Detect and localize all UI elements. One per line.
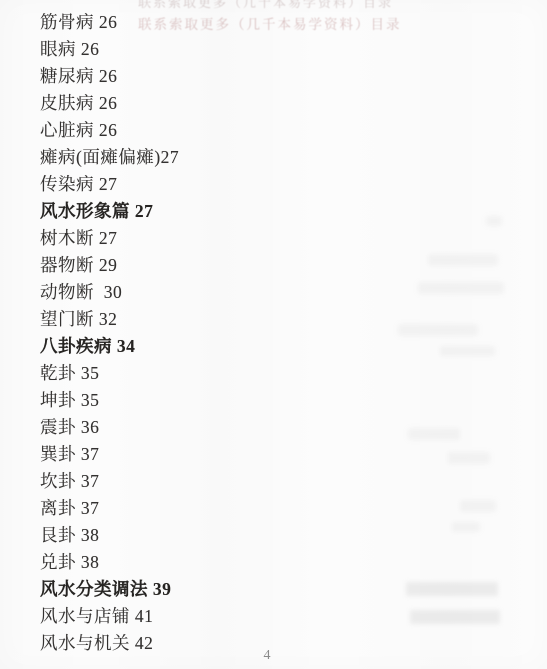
toc-item: 乾卦 35 [40,360,460,387]
page-number: 4 [0,648,534,664]
toc-item: 树木断 27 [40,225,460,252]
toc-item: 皮肤病 26 [40,90,460,117]
toc-item: 筋骨病 26 [40,9,460,36]
toc-item: 离卦 37 [40,495,460,522]
toc-item: 巽卦 37 [40,441,460,468]
toc-item: 风水与店铺 41 [40,603,460,630]
watermark-clipped-text: 联系索取更多（几千本易学资料）目录 [138,0,438,9]
toc-item: 望门断 32 [40,306,460,333]
toc-section-header: 八卦疾病 34 [40,333,460,360]
toc-item: 传染病 27 [40,171,460,198]
toc-item: 坤卦 35 [40,387,460,414]
toc-item: 糖尿病 26 [40,63,460,90]
toc-item: 瘫病(面瘫偏瘫)27 [40,144,460,171]
toc-list: 筋骨病 26眼病 26糖尿病 26皮肤病 26心脏病 26瘫病(面瘫偏瘫)27传… [40,9,460,657]
toc-section-header: 风水形象篇 27 [40,198,460,225]
toc-item: 兑卦 38 [40,549,460,576]
toc-section-header: 风水分类调法 39 [40,576,460,603]
toc-item: 坎卦 37 [40,468,460,495]
toc-item: 眼病 26 [40,36,460,63]
toc-item: 动物断 30 [40,279,460,306]
bleedthrough-smudge [486,216,502,226]
toc-item: 器物断 29 [40,252,460,279]
toc-item: 震卦 36 [40,414,460,441]
bleedthrough-smudge [460,500,496,512]
watermark-clipped-line: 联系索取更多（几千本易学资料）目录 [138,0,438,9]
document-page: 联系索取更多（几千本易学资料）目录 联系索取更多（几千本易学资料）目录 筋骨病 … [0,0,547,669]
toc-item: 心脏病 26 [40,117,460,144]
toc-item: 艮卦 38 [40,522,460,549]
